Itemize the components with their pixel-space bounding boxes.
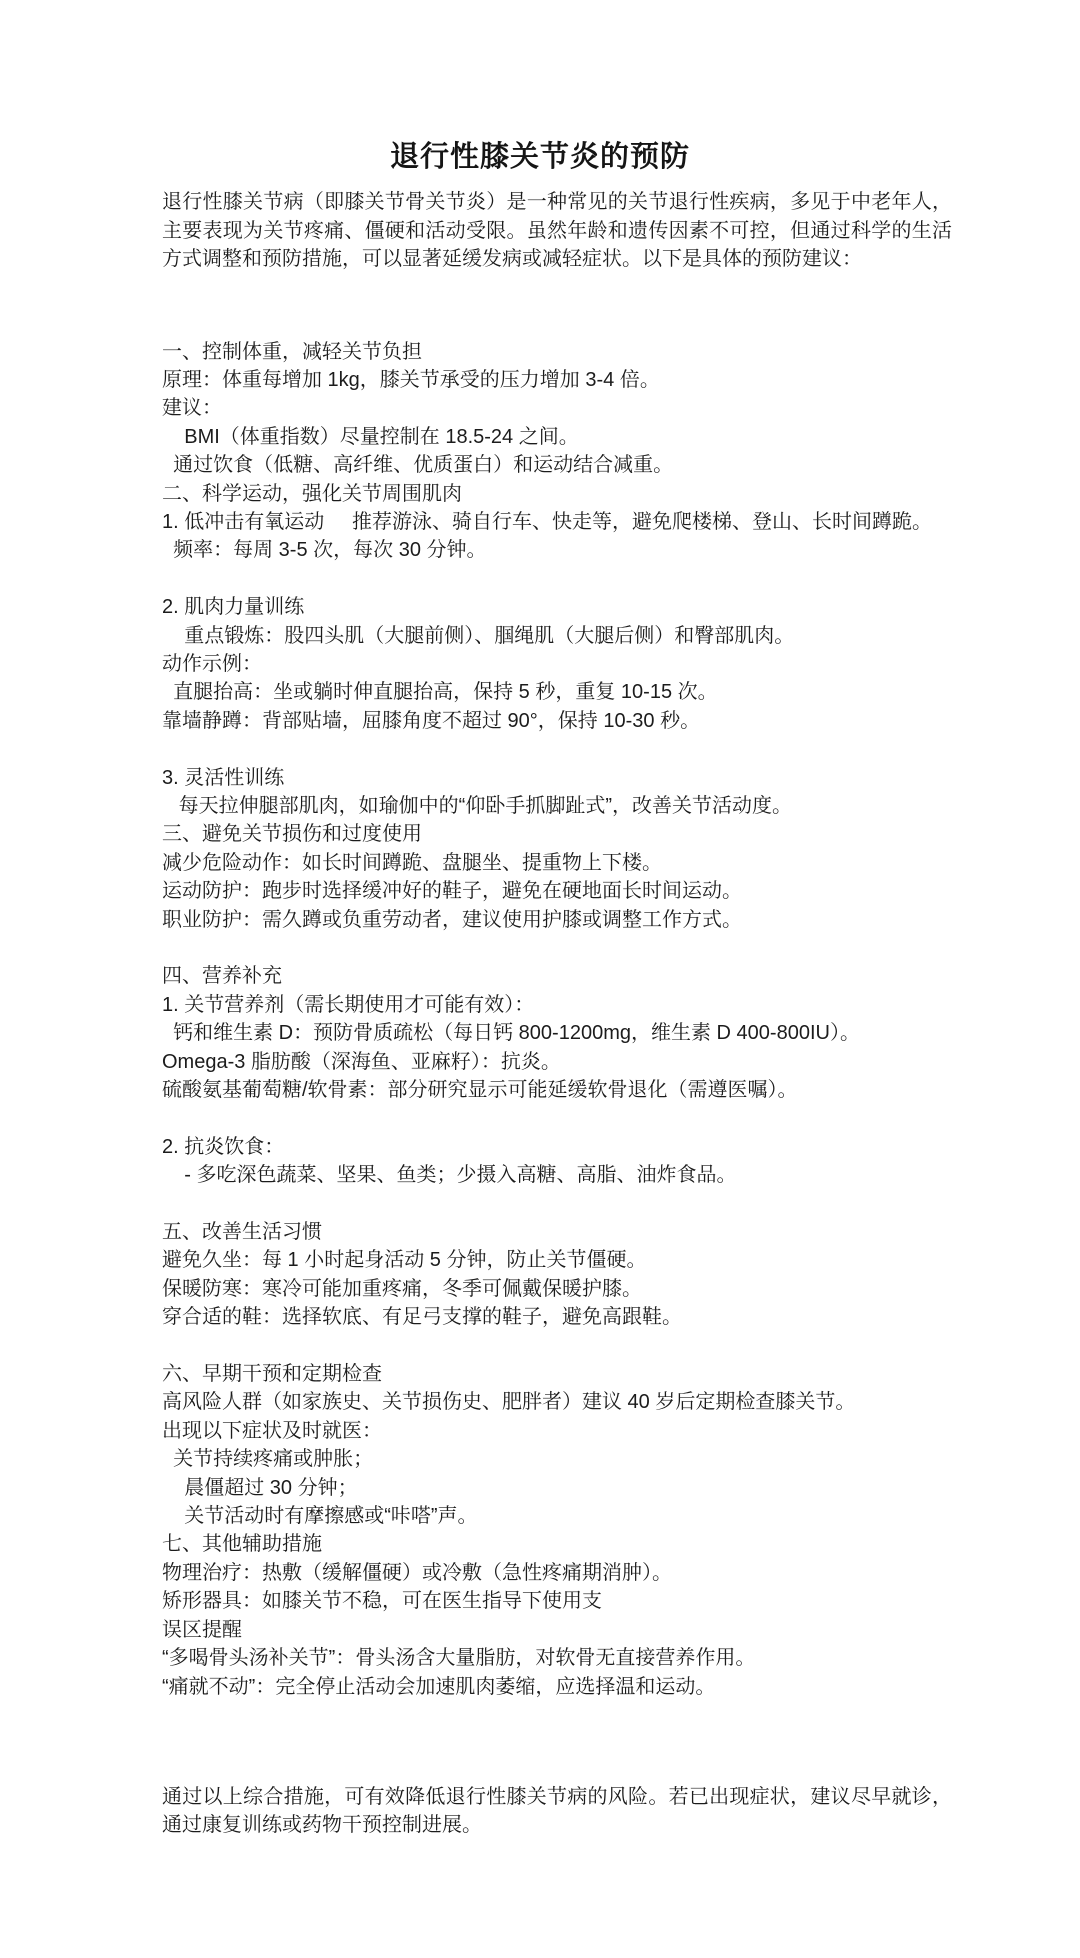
doc-line: 建议： <box>162 394 952 422</box>
doc-line: 2. 抗炎饮食： <box>162 1133 952 1161</box>
doc-line: 1. 低冲击有氧运动 推荐游泳、骑自行车、快走等，避免爬楼梯、登山、长时间蹲跪。 <box>162 508 952 536</box>
intro-paragraph: 退行性膝关节病（即膝关节骨关节炎）是一种常见的关节退行性疾病，多见于中老年人，主… <box>162 188 952 274</box>
document-body: 退行性膝关节病（即膝关节骨关节炎）是一种常见的关节退行性疾病，多见于中老年人，主… <box>0 188 1080 1840</box>
section-heading: 六、早期干预和定期检查 <box>162 1360 952 1388</box>
section-heading: 四、营养补充 <box>162 962 952 990</box>
blank-line <box>162 1104 952 1132</box>
doc-line: Omega-3 脂肪酸（深海鱼、亚麻籽）：抗炎。 <box>162 1048 952 1076</box>
doc-line: 2. 肌肉力量训练 <box>162 593 952 621</box>
document-page: 退行性膝关节炎的预防 退行性膝关节病（即膝关节骨关节炎）是一种常见的关节退行性疾… <box>0 0 1080 1958</box>
doc-line: 避免久坐：每 1 小时起身活动 5 分钟，防止关节僵硬。 <box>162 1246 952 1274</box>
section-heading: 一、控制体重，减轻关节负担 <box>162 338 952 366</box>
doc-line: 晨僵超过 30 分钟； <box>162 1474 952 1502</box>
doc-line: 频率：每周 3-5 次，每次 30 分钟。 <box>162 536 952 564</box>
doc-line: 关节活动时有摩擦感或“咔嗒”声。 <box>162 1502 952 1530</box>
blank-line <box>162 735 952 763</box>
section-heading: 二、科学运动，强化关节周围肌肉 <box>162 480 952 508</box>
doc-line: BMI（体重指数）尽量控制在 18.5-24 之间。 <box>162 423 952 451</box>
doc-line: 穿合适的鞋：选择软底、有足弓支撑的鞋子，避免高跟鞋。 <box>162 1303 952 1331</box>
doc-line: 误区提醒 <box>162 1616 952 1644</box>
doc-line: - 多吃深色蔬菜、坚果、鱼类；少摄入高糖、高脂、油炸食品。 <box>162 1161 952 1189</box>
doc-line: “多喝骨头汤补关节”：骨头汤含大量脂肪，对软骨无直接营养作用。 <box>162 1644 952 1672</box>
doc-line: 运动防护：跑步时选择缓冲好的鞋子，避免在硬地面长时间运动。 <box>162 877 952 905</box>
doc-line: 3. 灵活性训练 <box>162 764 952 792</box>
conclusion-paragraph: 通过以上综合措施，可有效降低退行性膝关节病的风险。若已出现症状，建议尽早就诊，通… <box>162 1783 952 1840</box>
section-heading: 七、其他辅助措施 <box>162 1530 952 1558</box>
doc-line: 重点锻炼：股四头肌（大腿前侧）、腘绳肌（大腿后侧）和臀部肌肉。 <box>162 622 952 650</box>
doc-line: 每天拉伸腿部肌肉，如瑜伽中的“仰卧手抓脚趾式”，改善关节活动度。 <box>162 792 952 820</box>
blank-line <box>162 934 952 962</box>
blank-line <box>162 1332 952 1360</box>
doc-line: 保暖防寒：寒冷可能加重疼痛，冬季可佩戴保暖护膝。 <box>162 1275 952 1303</box>
doc-line: 出现以下症状及时就医： <box>162 1417 952 1445</box>
section-heading: 五、改善生活习惯 <box>162 1218 952 1246</box>
document-title: 退行性膝关节炎的预防 <box>0 138 1080 176</box>
section-heading: 三、避免关节损伤和过度使用 <box>162 820 952 848</box>
document-lines: 一、控制体重，减轻关节负担 原理：体重每增加 1kg，膝关节承受的压力增加 3-… <box>162 338 952 1701</box>
doc-line: 1. 关节营养剂（需长期使用才可能有效）： <box>162 991 952 1019</box>
blank-line <box>162 1190 952 1218</box>
doc-line: 减少危险动作：如长时间蹲跪、盘腿坐、提重物上下楼。 <box>162 849 952 877</box>
doc-line: 矫形器具：如膝关节不稳，可在医生指导下使用支 <box>162 1587 952 1615</box>
doc-line: 原理：体重每增加 1kg，膝关节承受的压力增加 3-4 倍。 <box>162 366 952 394</box>
doc-line: 高风险人群（如家族史、关节损伤史、肥胖者）建议 40 岁后定期检查膝关节。 <box>162 1388 952 1416</box>
doc-line: 靠墙静蹲：背部贴墙，屈膝角度不超过 90°，保持 10-30 秒。 <box>162 707 952 735</box>
doc-line: 钙和维生素 D：预防骨质疏松（每日钙 800-1200mg，维生素 D 400-… <box>162 1019 952 1047</box>
doc-line: 直腿抬高：坐或躺时伸直腿抬高，保持 5 秒，重复 10-15 次。 <box>162 678 952 706</box>
blank-line <box>162 565 952 593</box>
doc-line: 动作示例： <box>162 650 952 678</box>
doc-line: 通过饮食（低糖、高纤维、优质蛋白）和运动结合减重。 <box>162 451 952 479</box>
doc-line: 物理治疗：热敷（缓解僵硬）或冷敷（急性疼痛期消肿）。 <box>162 1559 952 1587</box>
doc-line: 职业防护：需久蹲或负重劳动者，建议使用护膝或调整工作方式。 <box>162 906 952 934</box>
doc-line: 硫酸氨基葡萄糖/软骨素：部分研究显示可能延缓软骨退化（需遵医嘱）。 <box>162 1076 952 1104</box>
doc-line: “痛就不动”：完全停止活动会加速肌肉萎缩，应选择温和运动。 <box>162 1673 952 1701</box>
doc-line: 关节持续疼痛或肿胀； <box>162 1445 952 1473</box>
